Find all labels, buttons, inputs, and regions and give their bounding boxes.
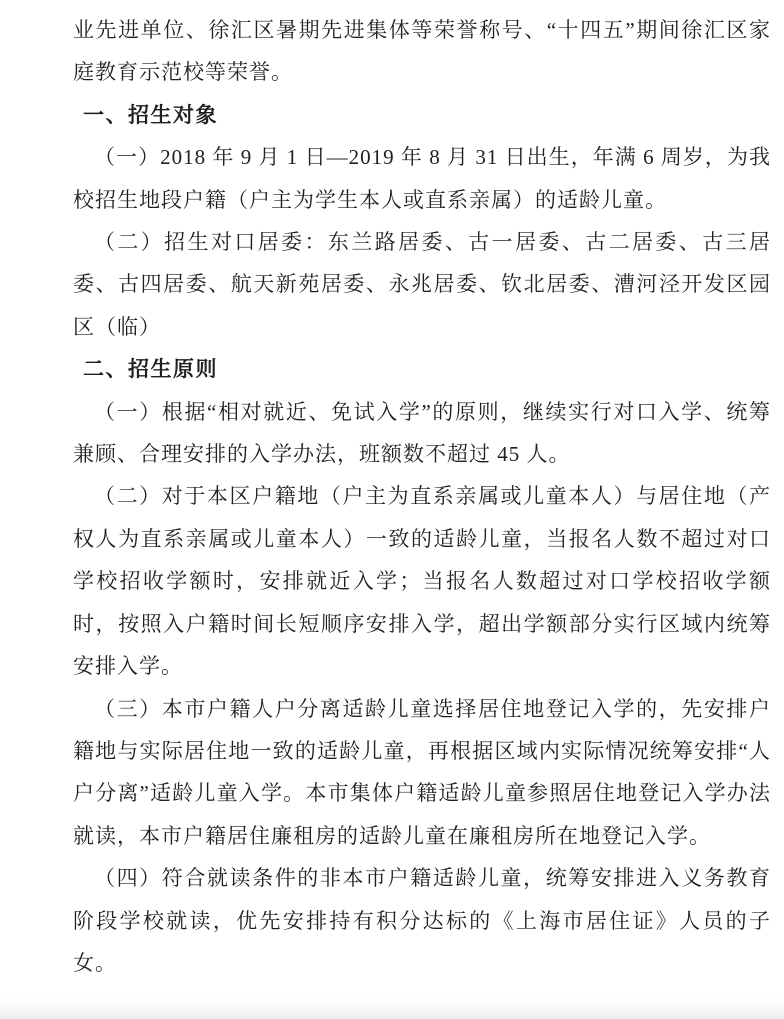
page-bottom-edge: [0, 998, 784, 1019]
paragraph-principle-non-local-children: （四）符合就读条件的非本市户籍适龄儿童，统筹安排进入义务教育阶段学校就读，优先安…: [73, 857, 771, 984]
paragraph-honors-continuation: 业先进单位、徐汇区暑期先进集体等荣誉称号、“十四五”期间徐汇区家庭教育示范校等荣…: [73, 9, 771, 94]
paragraph-principle-nearby-enrollment: （一）根据“相对就近、免试入学”的原则，继续实行对口入学、统筹兼顾、合理安排的入…: [73, 391, 771, 476]
document-page: 业先进单位、徐汇区暑期先进集体等荣誉称号、“十四五”期间徐汇区家庭教育示范校等荣…: [0, 0, 784, 1019]
section-heading-enrollment-principles: 二、招生原则: [73, 348, 771, 390]
paragraph-principle-district-registration: （二）对于本区户籍地（户主为直系亲属或儿童本人）与居住地（产权人为直系亲属或儿童…: [73, 475, 771, 687]
paragraph-target-age-range: （一）2018 年 9 月 1 日—2019 年 8 月 31 日出生，年满 6…: [73, 136, 771, 221]
document-body: 业先进单位、徐汇区暑期先进集体等荣誉称号、“十四五”期间徐汇区家庭教育示范校等荣…: [0, 0, 784, 984]
paragraph-principle-separated-residence: （三）本市户籍人户分离适龄儿童选择居住地登记入学的，先安排户籍地与实际居住地一致…: [73, 688, 771, 858]
section-heading-enrollment-targets: 一、招生对象: [73, 94, 771, 136]
paragraph-target-neighborhood-committees: （二）招生对口居委：东兰路居委、古一居委、古二居委、古三居委、古四居委、航天新苑…: [73, 221, 771, 348]
